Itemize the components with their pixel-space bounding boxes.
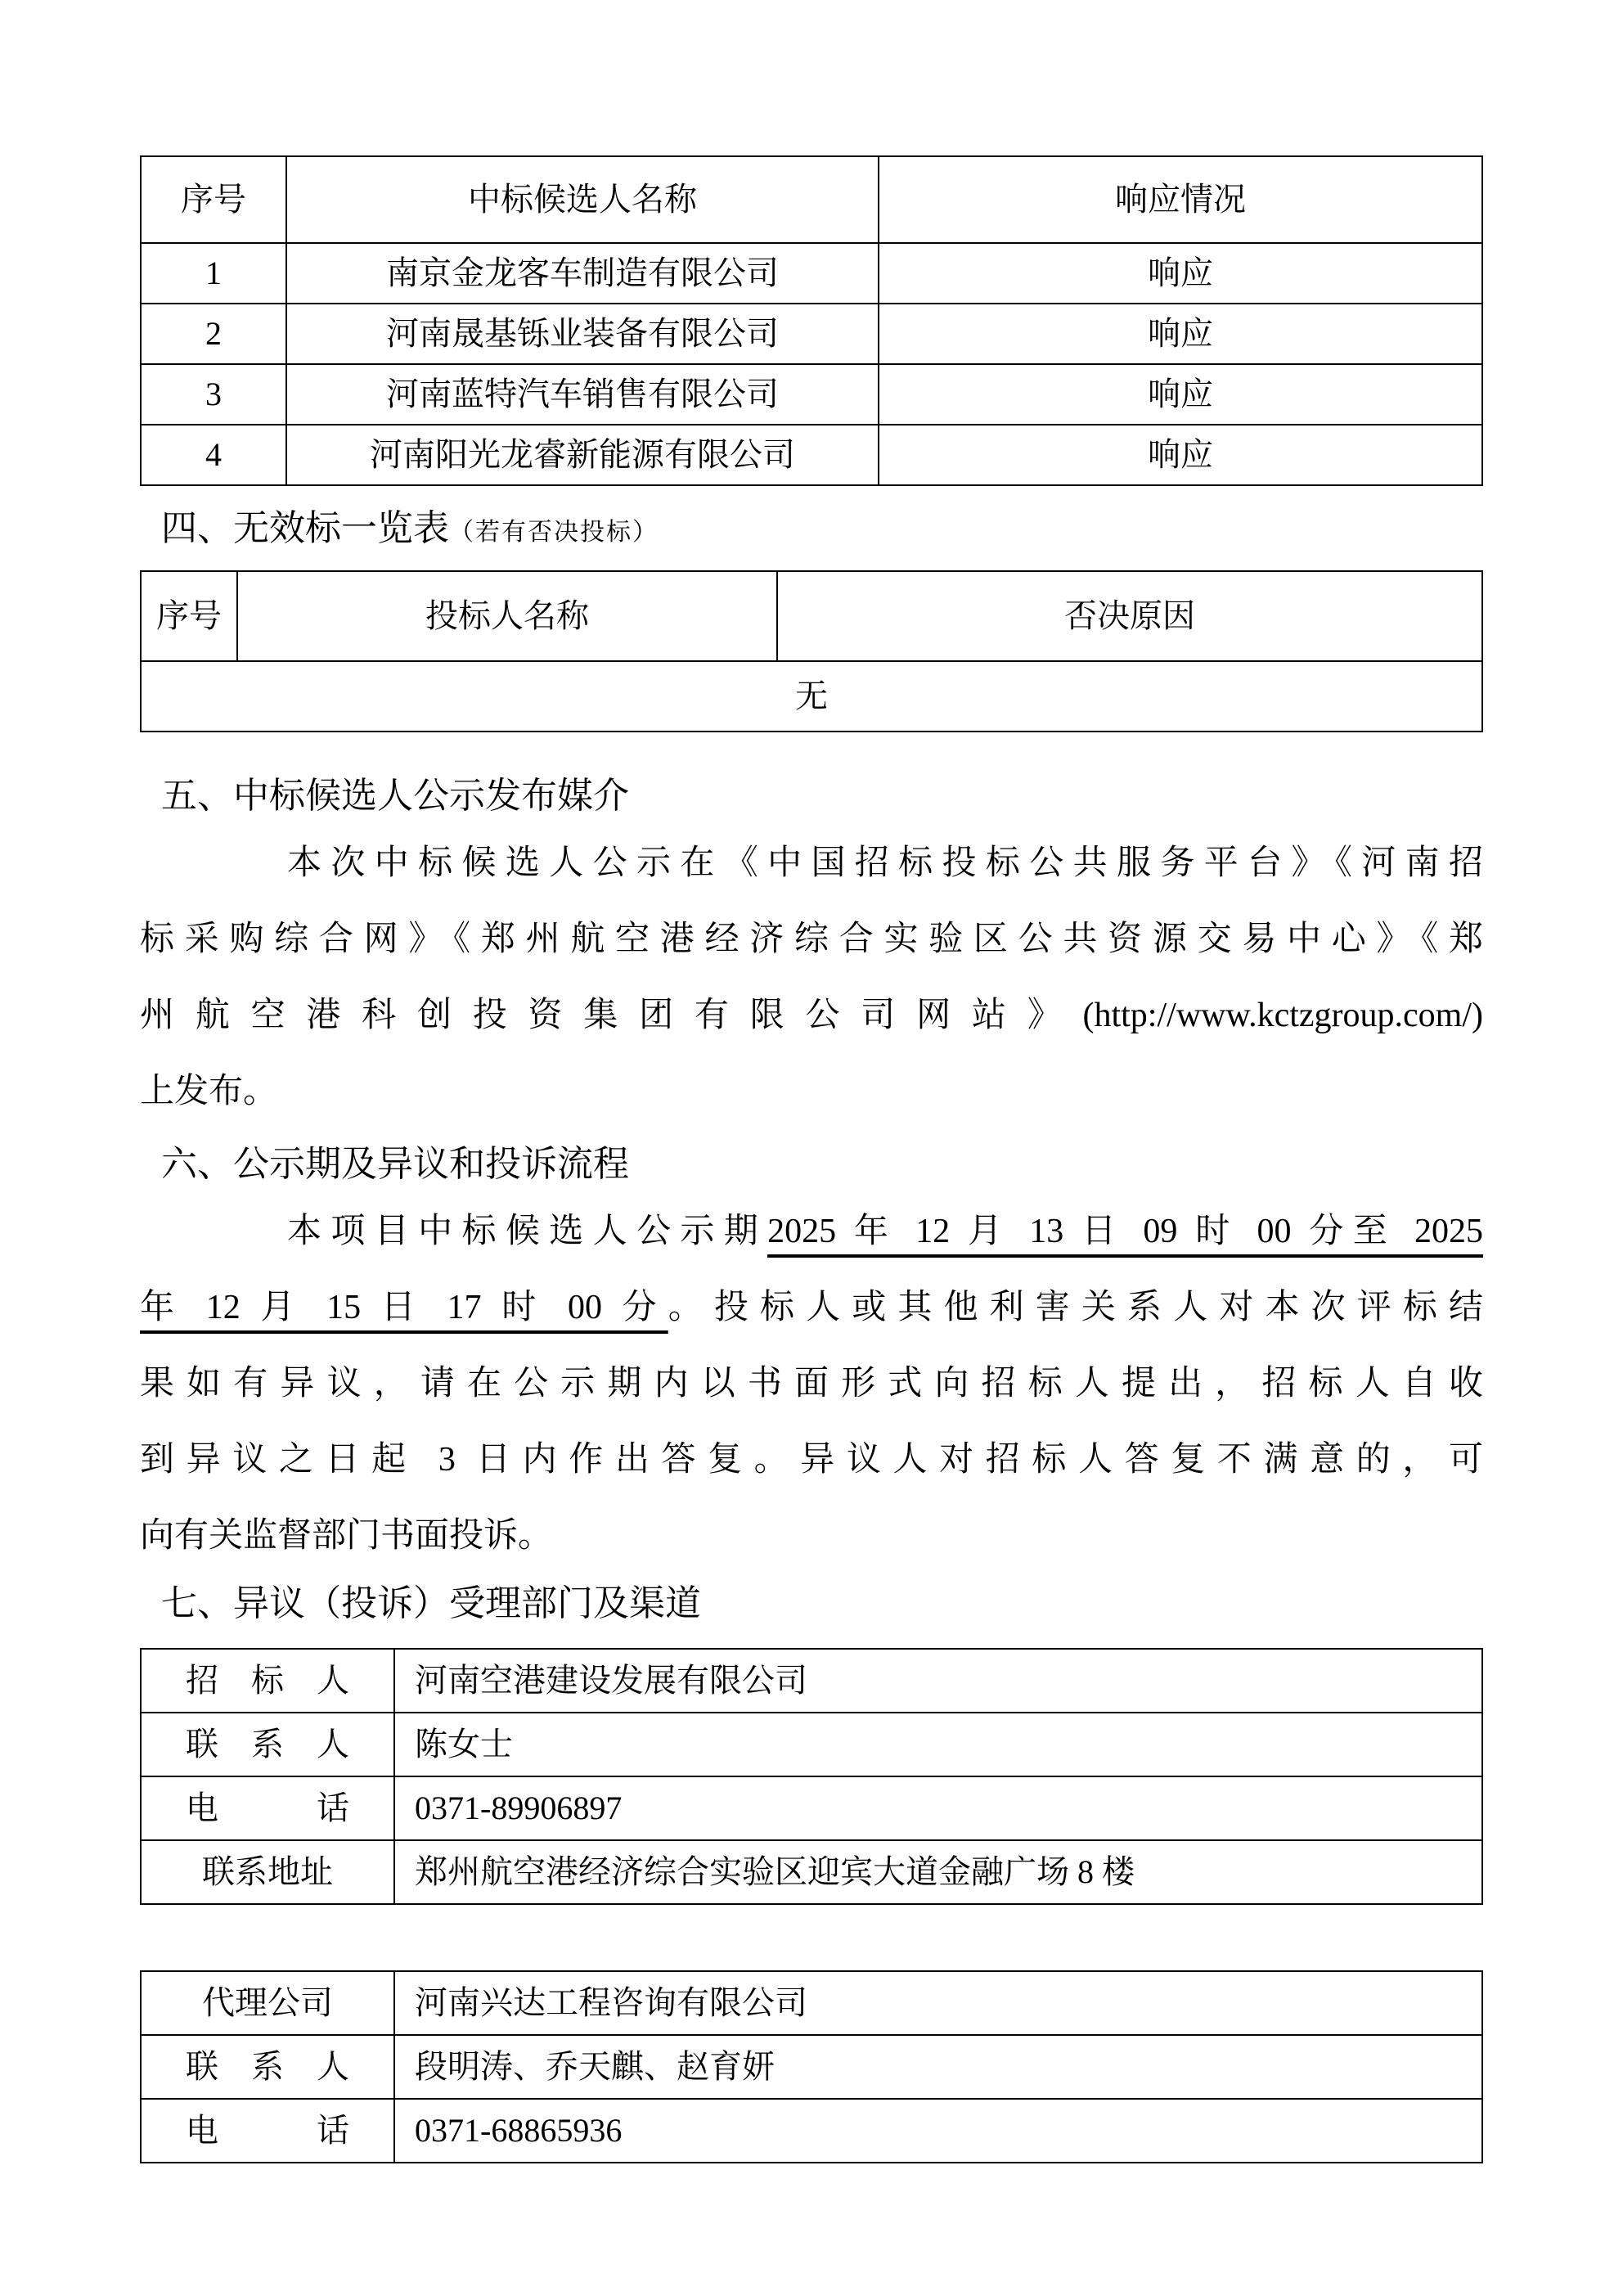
table-row: 3 河南蓝特汽车销售有限公司 响应 [141,364,1482,425]
agency-contact-table: 代理公司 河南兴达工程咨询有限公司 联 系 人 段明涛、乔天麒、赵育妍 电 话 … [140,1970,1483,2163]
paragraph-line: 标采购综合网》《郑州航空港经济综合实验区公共资源交易中心》《郑 [140,902,1483,978]
table-row: 1 南京金龙客车制造有限公司 响应 [141,243,1482,304]
paragraph-line: 本项目中标候选人公示期2025 年 12 月 13 日 09 时 00 分至 2… [140,1194,1483,1270]
paragraph-line: 到异议之日起 3 日内作出答复。异议人对招标人答复不满意的，可 [140,1422,1483,1498]
section4-title: 四、无效标一览表 [161,508,449,548]
table-row: 电 话 0371-68865936 [141,2099,1482,2163]
paragraph-line: 本次中标候选人公示在《中国招标投标公共服务平台》《河南招 [140,826,1483,902]
label-tenderer: 招 标 人 [141,1649,394,1713]
cell-serial: 4 [141,425,286,485]
section5-heading: 五、中标候选人公示发布媒介 [140,767,1483,826]
publicity-period-end-date: 年 12 月 15 日 17 时 00 分 [140,1289,668,1326]
table-row: 联系地址 郑州航空港经济综合实验区迎宾大道金融广场 8 楼 [141,1840,1482,1904]
section7-heading: 七、异议（投诉）受理部门及渠道 [140,1574,1483,1633]
col-header-response: 响应情况 [879,156,1482,243]
value-contact-person: 陈女士 [394,1713,1482,1776]
value-contact-person: 段明涛、乔天麒、赵育妍 [394,2035,1482,2099]
paragraph-text: 。投标人或其他利害关系人对本次评标结 [668,1289,1483,1326]
col-header-serial: 序号 [141,571,237,661]
cell-response: 响应 [879,364,1482,425]
table-row: 2 河南晟基铄业装备有限公司 响应 [141,304,1482,364]
cell-candidate-name: 河南蓝特汽车销售有限公司 [286,364,879,425]
label-contact-person: 联 系 人 [141,2035,394,2099]
tenderer-contact-table: 招 标 人 河南空港建设发展有限公司 联 系 人 陈女士 电 话 0371-89… [140,1648,1483,1905]
label-contact-address: 联系地址 [141,1840,394,1904]
col-header-candidate-name: 中标候选人名称 [286,156,879,243]
table-row: 联 系 人 段明涛、乔天麒、赵育妍 [141,2035,1482,2099]
candidates-header-row: 序号 中标候选人名称 响应情况 [141,156,1482,243]
value-phone: 0371-89906897 [394,1776,1482,1840]
cell-serial: 3 [141,364,286,425]
col-header-serial: 序号 [141,156,286,243]
cell-candidate-name: 河南晟基铄业装备有限公司 [286,304,879,364]
section4-title-note: （若有否决投标） [449,519,659,546]
col-header-rejection-reason: 否决原因 [777,571,1482,661]
publicity-period-start-date: 2025 年 12 月 13 日 09 时 00 分至 2025 [767,1213,1483,1250]
label-agency: 代理公司 [141,1971,394,2035]
publicity-period-prefix: 本项目中标候选人公示期 [287,1213,767,1250]
table-row: 4 河南阳光龙睿新能源有限公司 响应 [141,425,1482,485]
col-header-bidder-name: 投标人名称 [237,571,777,661]
cell-response: 响应 [879,425,1482,485]
invalid-header-row: 序号 投标人名称 否决原因 [141,571,1482,661]
value-agency: 河南兴达工程咨询有限公司 [394,1971,1482,2035]
value-contact-address: 郑州航空港经济综合实验区迎宾大道金融广场 8 楼 [394,1840,1482,1904]
label-phone: 电 话 [141,2099,394,2163]
label-phone: 电 话 [141,1776,394,1840]
paragraph-line: 向有关监督部门书面投诉。 [140,1498,1483,1574]
table-row: 招 标 人 河南空港建设发展有限公司 [141,1649,1482,1713]
table-row: 代理公司 河南兴达工程咨询有限公司 [141,1971,1482,2035]
section6-heading: 六、公示期及异议和投诉流程 [140,1135,1483,1194]
value-tenderer: 河南空港建设发展有限公司 [394,1649,1482,1713]
invalid-bids-table: 序号 投标人名称 否决原因 无 [140,570,1483,732]
section5-paragraph: 本次中标候选人公示在《中国招标投标公共服务平台》《河南招 标采购综合网》《郑州航… [140,826,1483,1130]
section4-heading: 四、无效标一览表（若有否决投标） [140,499,1483,562]
cell-response: 响应 [879,243,1482,304]
table-row: 电 话 0371-89906897 [141,1776,1482,1840]
paragraph-line: 上发布。 [140,1054,1483,1130]
label-contact-person: 联 系 人 [141,1713,394,1776]
cell-none: 无 [141,661,1482,732]
paragraph-line: 州航空港科创投资集团有限公司网站》(http://www.kctzgroup.c… [140,978,1483,1054]
table-row: 联 系 人 陈女士 [141,1713,1482,1776]
section6-paragraph: 本项目中标候选人公示期2025 年 12 月 13 日 09 时 00 分至 2… [140,1194,1483,1574]
value-phone: 0371-68865936 [394,2099,1482,2163]
document-page: 序号 中标候选人名称 响应情况 1 南京金龙客车制造有限公司 响应 2 河南晟基… [0,0,1623,2296]
cell-serial: 2 [141,304,286,364]
cell-candidate-name: 河南阳光龙睿新能源有限公司 [286,425,879,485]
invalid-empty-row: 无 [141,661,1482,732]
paragraph-line: 年 12 月 15 日 17 时 00 分。投标人或其他利害关系人对本次评标结 [140,1270,1483,1346]
cell-serial: 1 [141,243,286,304]
paragraph-line: 果如有异议，请在公示期内以书面形式向招标人提出，招标人自收 [140,1346,1483,1422]
cell-candidate-name: 南京金龙客车制造有限公司 [286,243,879,304]
cell-response: 响应 [879,304,1482,364]
candidates-table: 序号 中标候选人名称 响应情况 1 南京金龙客车制造有限公司 响应 2 河南晟基… [140,155,1483,486]
